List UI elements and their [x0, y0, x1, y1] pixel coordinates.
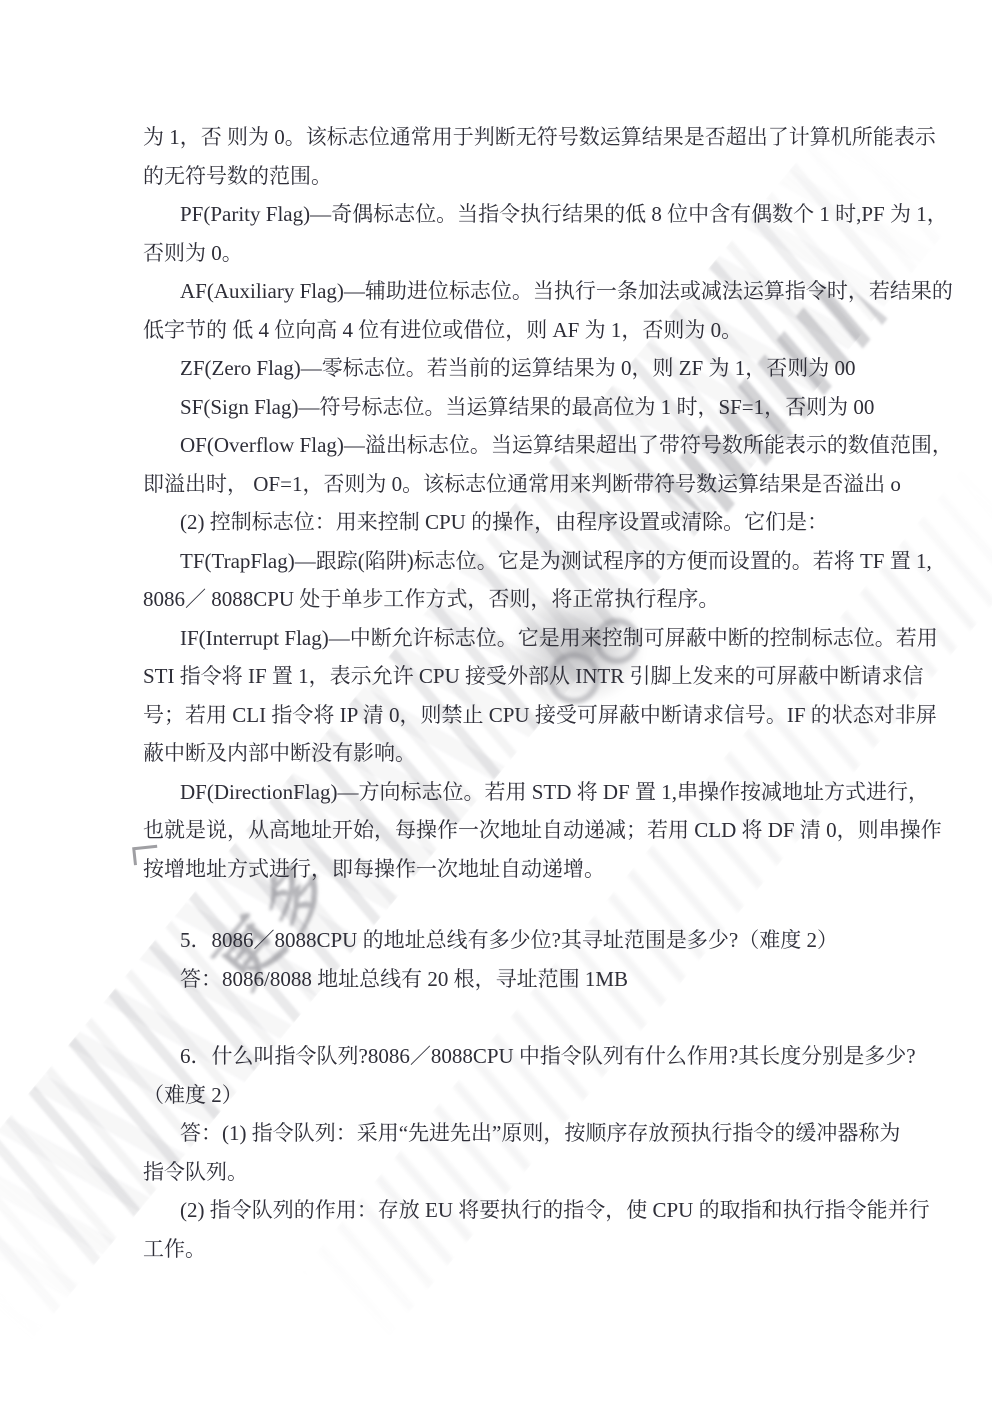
- text-line: 6．什么叫指令队列?8086／8088CPU 中指令队列有什么作用?其长度分别是…: [143, 1037, 921, 1076]
- text-line: 按增地址方式进行，即每操作一次地址自动递增。: [143, 850, 921, 889]
- scanned-document-page: { "page": { "background": "#ffffff", "te…: [0, 0, 992, 1403]
- text-line: ZF(Zero Flag)—零标志位。若当前的运算结果为 0，则 ZF 为 1，…: [143, 349, 921, 388]
- paragraph-gap: [143, 888, 921, 921]
- text-line: STI 指令将 IF 置 1，表示允许 CPU 接受外部从 INTR 引脚上发来…: [143, 657, 921, 696]
- text-line: 号；若用 CLI 指令将 IP 清 0，则禁止 CPU 接受可屏蔽中断请求信号。…: [143, 696, 921, 735]
- document-content: 为 1，否 则为 0。该标志位通常用于判断无符号数运算结果是否超出了计算机所能表…: [143, 118, 921, 1268]
- text-line: 也就是说，从高地址开始，每操作一次地址自动递减；若用 CLD 将 DF 清 0，…: [143, 811, 921, 850]
- text-line: DF(DirectionFlag)—方向标志位。若用 STD 将 DF 置 1,…: [143, 773, 921, 812]
- paragraph-gap: [143, 998, 921, 1037]
- text-line: 为 1，否 则为 0。该标志位通常用于判断无符号数运算结果是否超出了计算机所能表…: [143, 118, 921, 157]
- text-line: 工作。: [143, 1230, 921, 1269]
- text-line: 低字节的 低 4 位向高 4 位有进位或借位，则 AF 为 1，否则为 0。: [143, 311, 921, 350]
- text-line: （难度 2）: [143, 1076, 921, 1115]
- text-line: 否则为 0。: [143, 234, 921, 273]
- text-line: TF(TrapFlag)—跟踪(陷阱)标志位。它是为测试程序的方便而设置的。若将…: [143, 542, 921, 581]
- text-line: IF(Interrupt Flag)—中断允许标志位。它是用来控制可屏蔽中断的控…: [143, 619, 921, 658]
- text-line: 答：(1) 指令队列：采用“先进先出”原则，按顺序存放预执行指令的缓冲器称为: [143, 1114, 921, 1153]
- text-line: (2) 指令队列的作用：存放 EU 将要执行的指令，使 CPU 的取指和执行指令…: [143, 1191, 921, 1230]
- text-line: OF(Overflow Flag)—溢出标志位。当运算结果超出了带符号数所能表示…: [143, 426, 921, 465]
- text-line: 即溢出时， OF=1，否则为 0。该标志位通常用来判断带符号数运算结果是否溢出 …: [143, 465, 921, 504]
- text-line: 答：8086/8088 地址总线有 20 根，寻址范围 1MB: [143, 960, 921, 999]
- text-line: SF(Sign Flag)—符号标志位。当运算结果的最高位为 1 时，SF=1，…: [143, 388, 921, 427]
- text-line: PF(Parity Flag)—奇偶标志位。当指令执行结果的低 8 位中含有偶数…: [143, 195, 921, 234]
- text-line: 8086／ 8088CPU 处于单步工作方式，否则，将正常执行程序。: [143, 580, 921, 619]
- text-line: 蔽中断及内部中断没有影响。: [143, 734, 921, 773]
- text-line: 指令队列。: [143, 1153, 921, 1192]
- text-line: AF(Auxiliary Flag)—辅助进位标志位。当执行一条加法或减法运算指…: [143, 272, 921, 311]
- text-line: 5．8086／8088CPU 的地址总线有多少位?其寻址范围是多少?（难度 2）: [143, 921, 921, 960]
- text-line: (2) 控制标志位：用来控制 CPU 的操作，由程序设置或清除。它们是：: [143, 503, 921, 542]
- text-line: 的无符号数的范围。: [143, 157, 921, 196]
